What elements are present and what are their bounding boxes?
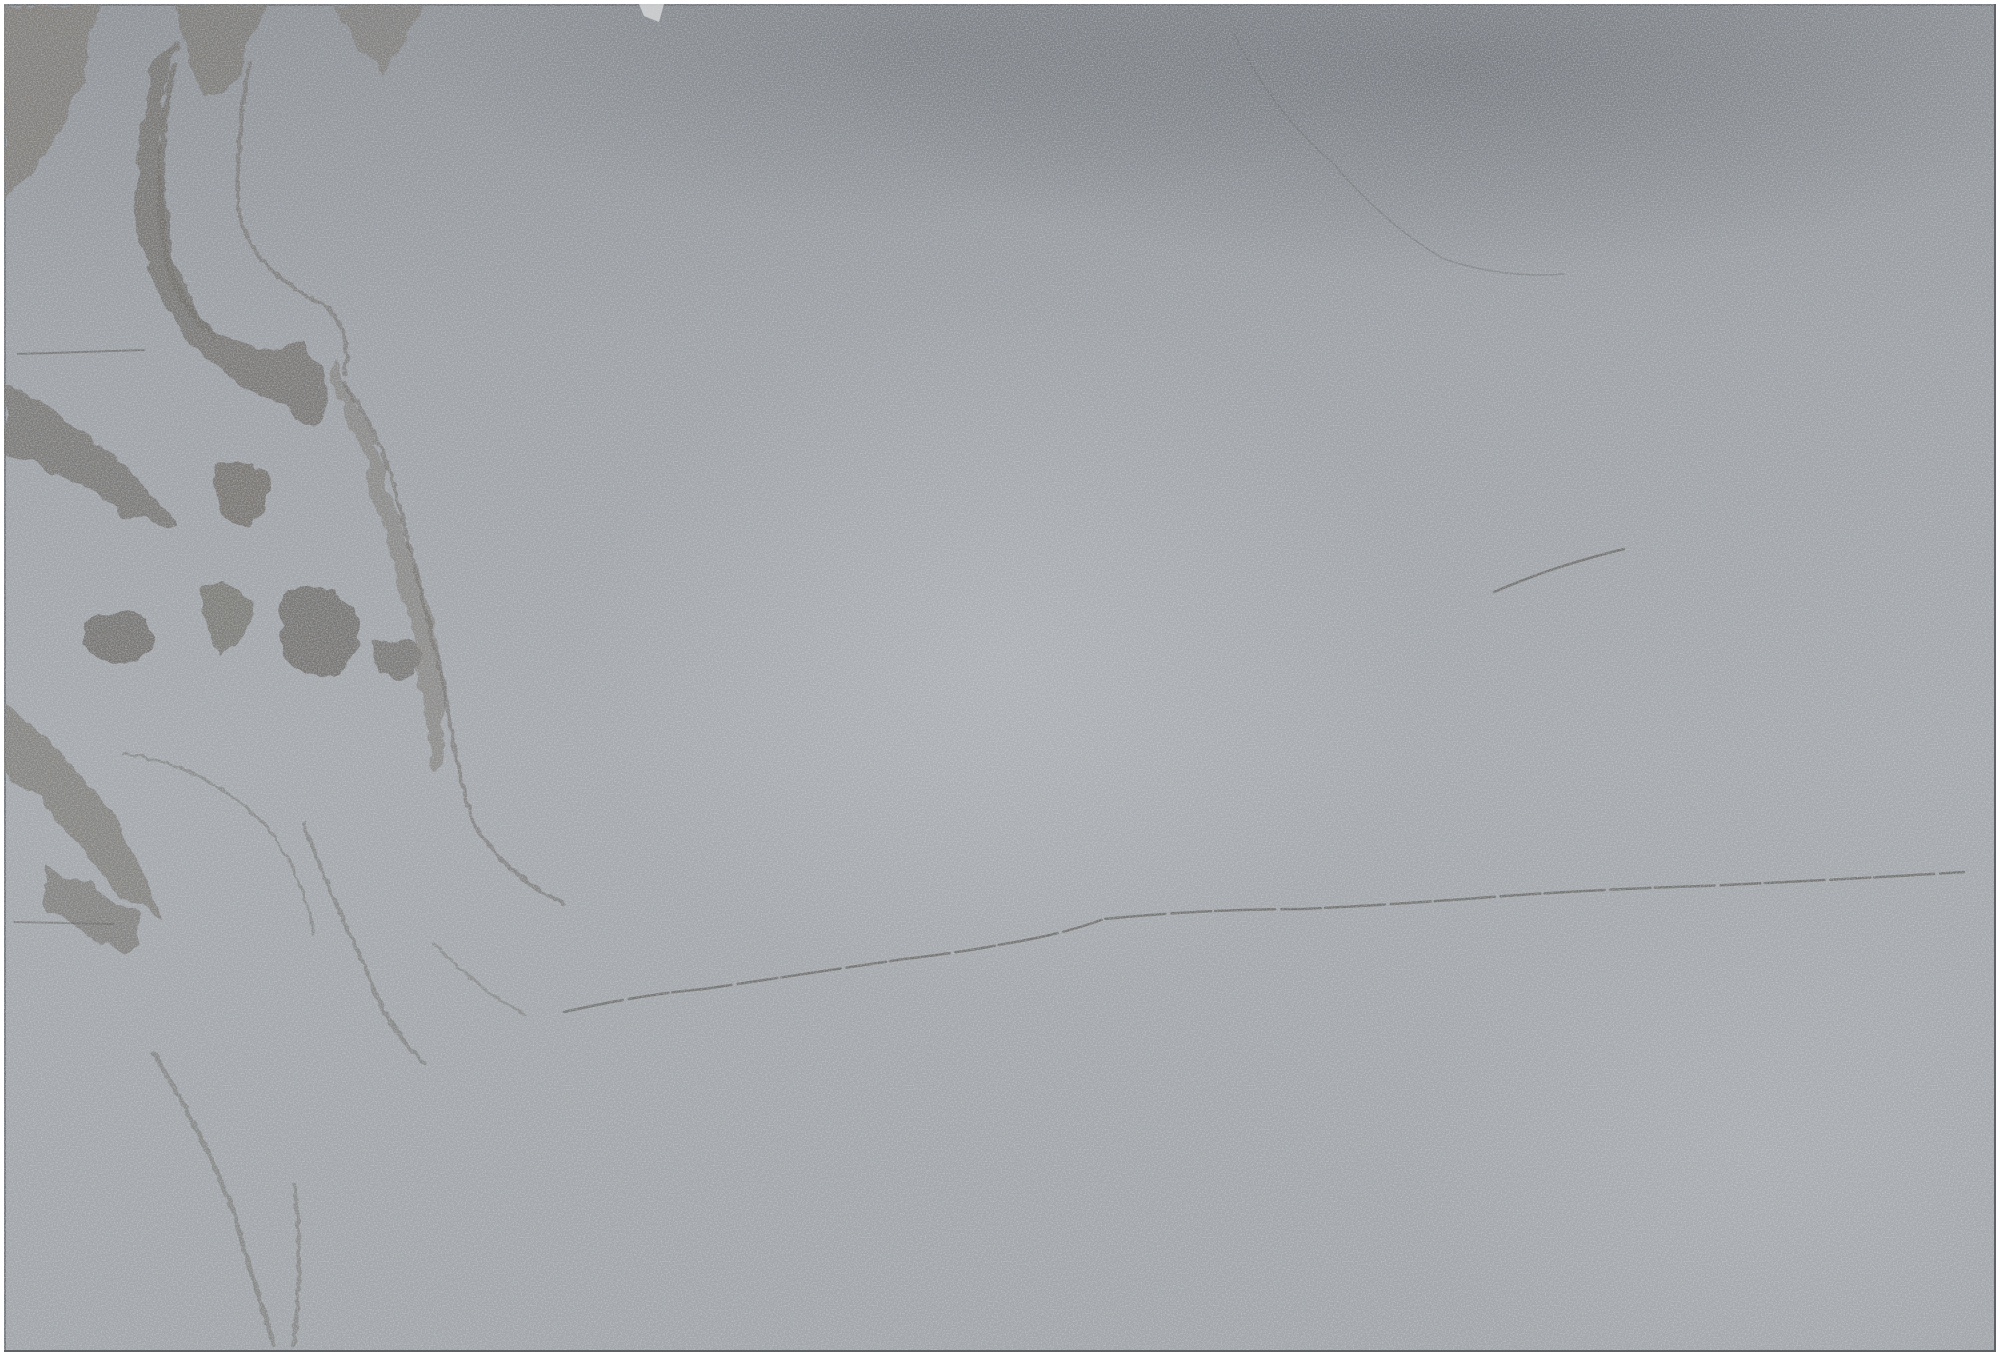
- photo-frame: [0, 0, 2000, 1359]
- slab-right-edge: [1994, 4, 1996, 1352]
- light-speckle-texture: [4, 4, 1996, 1352]
- stone-texture: [4, 4, 1996, 1352]
- slab-bottom-edge: [4, 1350, 1996, 1352]
- stone-slab-photo: [4, 4, 1996, 1352]
